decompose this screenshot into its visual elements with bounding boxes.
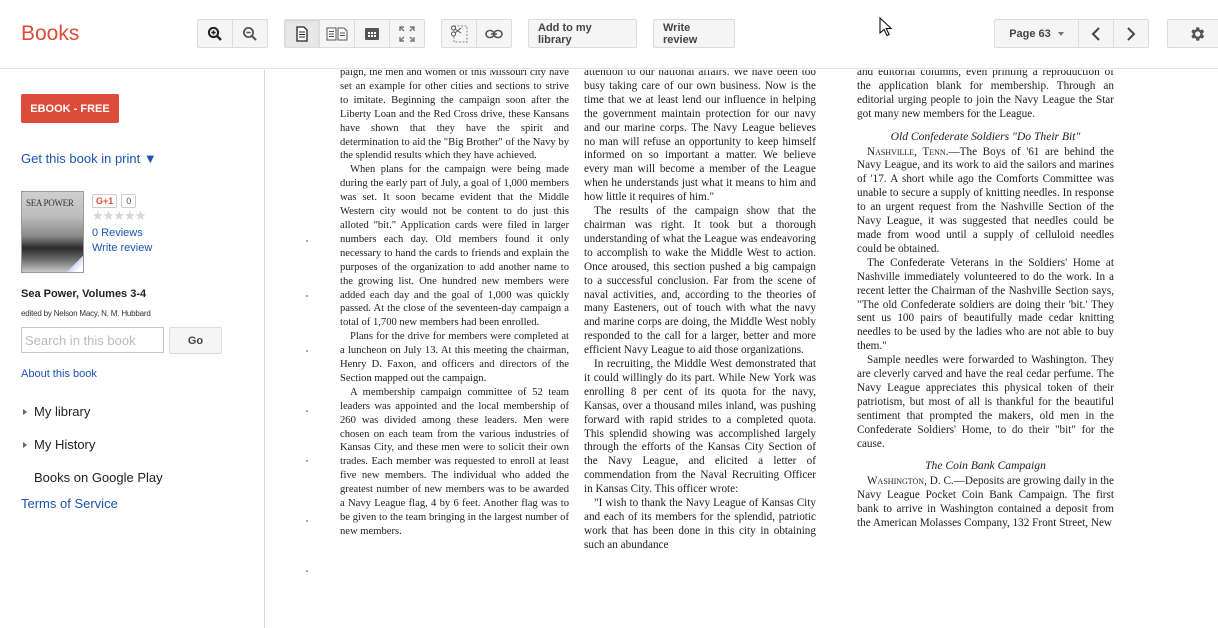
link-icon: [485, 29, 503, 39]
dropdown-arrow-icon: [1058, 32, 1064, 36]
nav-books-on-google-play[interactable]: Books on Google Play: [34, 470, 163, 485]
two-page-icon: [326, 27, 348, 41]
zoom-in-button[interactable]: [197, 19, 233, 48]
section-heading: Old Confederate Soldiers "Do Their Bit": [857, 130, 1114, 144]
chevron-right-icon: [1126, 27, 1136, 41]
single-page-icon: [295, 26, 309, 42]
zoom-controls: [197, 19, 268, 48]
nav-label: My library: [34, 404, 90, 419]
star-rating[interactable]: ★★★★★: [92, 208, 145, 224]
search-go-button[interactable]: Go: [169, 327, 222, 354]
nav-my-history[interactable]: My History: [23, 437, 95, 452]
view-mode-controls: [284, 19, 425, 48]
google-plus-one: G+1 0: [92, 194, 136, 208]
paragraph: Nashville, Tenn.—The Boys of '61 are beh…: [857, 146, 1114, 257]
terms-of-service-link[interactable]: Terms of Service: [21, 496, 118, 511]
google-plus-one-button[interactable]: G+1: [92, 194, 117, 208]
page-selector-dropdown[interactable]: Page 63: [994, 19, 1079, 48]
gear-icon: [1188, 25, 1206, 43]
paragraph: The Confederate Veterans in the Soldiers…: [857, 257, 1114, 354]
single-page-view-button[interactable]: [284, 19, 320, 48]
page-curl-decoration: [67, 256, 83, 272]
settings-button[interactable]: [1167, 19, 1218, 48]
zoom-in-icon: [207, 26, 223, 42]
nav-label: My History: [34, 437, 95, 452]
section-heading: The Coin Bank Campaign: [857, 459, 1114, 473]
text-column-1: paign, the men and women of this Missour…: [340, 70, 569, 539]
expand-triangle-icon: [23, 409, 27, 415]
paragraph: attention to our national affairs. We ha…: [584, 70, 816, 205]
next-page-button[interactable]: [1113, 19, 1149, 48]
page-label: Page 63: [1009, 28, 1051, 40]
paragraph: and editorial columns, even printing a r…: [857, 70, 1114, 122]
get-book-in-print-link[interactable]: Get this book in print ▼: [21, 151, 157, 166]
expand-triangle-icon: [23, 442, 27, 448]
clip-button[interactable]: [441, 19, 477, 48]
book-authors: edited by Nelson Macy, N. M. Hubbard: [21, 309, 151, 318]
about-this-book-link[interactable]: About this book: [21, 368, 97, 380]
dateline: Washington: [867, 475, 924, 487]
plus-one-count: 0: [121, 194, 136, 208]
previous-page-button[interactable]: [1078, 19, 1114, 48]
ebook-free-button[interactable]: EBOOK - FREE: [21, 94, 119, 123]
link-button[interactable]: [476, 19, 512, 48]
book-title: Sea Power, Volumes 3-4: [21, 288, 146, 300]
cover-title: SEA POWER: [26, 198, 74, 208]
mouse-cursor-icon: [879, 17, 893, 37]
clip-icon: [450, 25, 468, 43]
nav-my-library[interactable]: My library: [23, 404, 90, 419]
book-cover-thumbnail[interactable]: SEA POWER: [21, 191, 84, 273]
search-in-book-input[interactable]: [21, 327, 164, 353]
two-page-view-button[interactable]: [319, 19, 355, 48]
text-column-3: and editorial columns, even printing a r…: [857, 70, 1114, 531]
paragraph: "I wish to thank the Navy League of Kans…: [584, 497, 816, 553]
write-review-link[interactable]: Write review: [92, 242, 152, 254]
paragraph: Washington, D. C.—Deposits are growing d…: [857, 475, 1114, 531]
fullscreen-icon: [399, 26, 415, 42]
paragraph: When plans for the campaign were being m…: [340, 163, 569, 330]
book-page-viewer[interactable]: paign, the men and women of this Missour…: [266, 70, 1218, 628]
write-review-button[interactable]: Write review: [653, 19, 735, 48]
sidebar: EBOOK - FREE Get this book in print ▼ SE…: [0, 70, 265, 628]
paragraph: paign, the men and women of this Missour…: [340, 70, 569, 163]
clip-link-controls: [441, 19, 512, 48]
top-toolbar: Books Add to my library Write review: [0, 0, 1218, 69]
paragraph: A membership campaign committee of 52 te…: [340, 386, 569, 539]
reviews-link[interactable]: 0 Reviews: [92, 227, 143, 239]
paragraph-body: —The Boys of '61 are behind the Navy Lea…: [857, 146, 1114, 255]
thumbnail-grid-icon: [365, 28, 379, 40]
add-to-library-button[interactable]: Add to my library: [528, 19, 637, 48]
fullscreen-button[interactable]: [389, 19, 425, 48]
paragraph: In recruiting, the Middle West demonstra…: [584, 358, 816, 497]
scanned-page: paign, the men and women of this Missour…: [266, 70, 1218, 628]
page-navigation: Page 63: [994, 19, 1149, 48]
paragraph: The results of the campaign show that th…: [584, 205, 816, 358]
books-logo[interactable]: Books: [21, 22, 79, 46]
chevron-left-icon: [1091, 27, 1101, 41]
text-column-2: attention to our national affairs. We ha…: [584, 70, 816, 553]
paragraph: Sample needles were forwarded to Washing…: [857, 354, 1114, 451]
paragraph: Plans for the drive for members were com…: [340, 330, 569, 386]
thumbnail-view-button[interactable]: [354, 19, 390, 48]
zoom-out-icon: [242, 26, 258, 42]
zoom-out-button[interactable]: [232, 19, 268, 48]
scan-artifacts: [306, 220, 312, 600]
dateline: Nashville, Tenn.: [867, 146, 948, 158]
